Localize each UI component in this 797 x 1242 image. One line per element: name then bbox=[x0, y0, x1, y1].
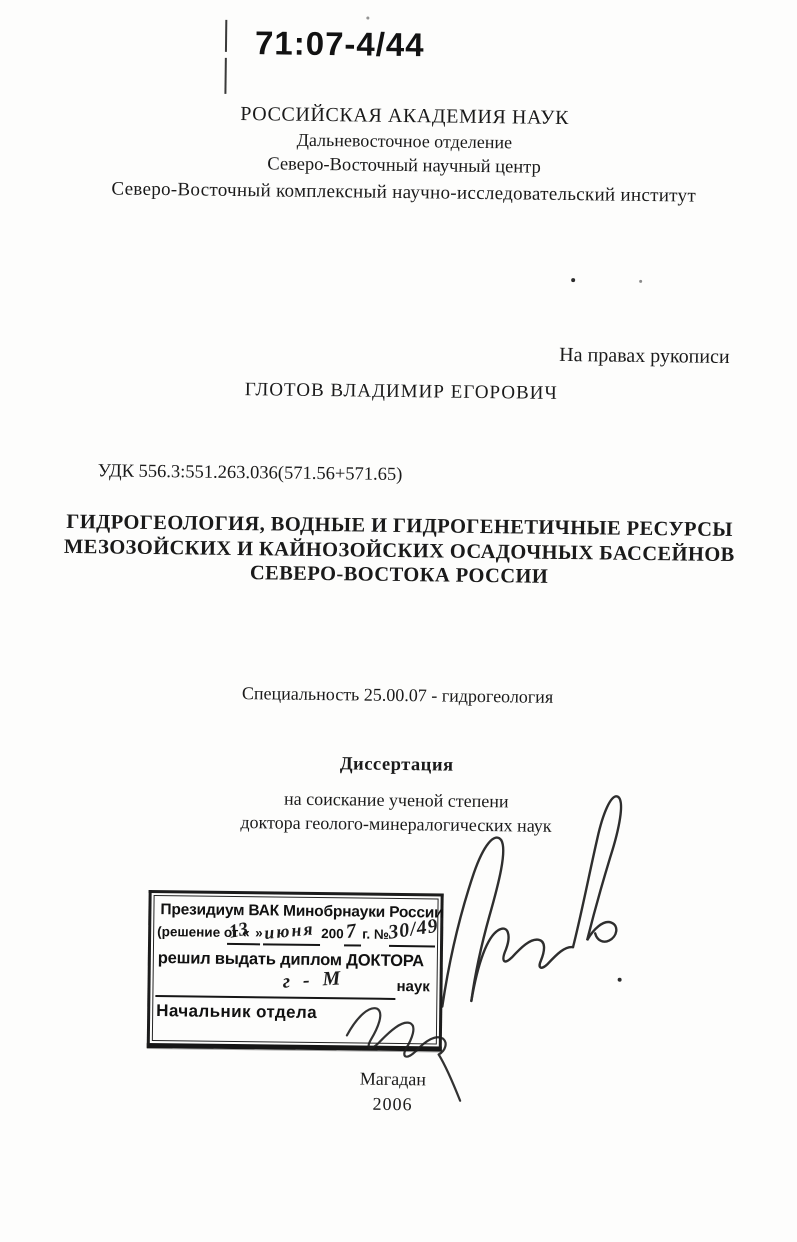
stamp-year-printed: 200 bbox=[321, 926, 344, 941]
scan-tilt-wrapper: 71:07-4/44 РОССИЙСКАЯ АКАДЕМИЯ НАУК Даль… bbox=[0, 0, 797, 1242]
org-line-institute: Северо-Восточный комплексный научно-иссл… bbox=[5, 177, 797, 209]
handwritten-year-digit: 7 bbox=[345, 920, 358, 944]
scan-speck bbox=[366, 17, 369, 20]
margin-mark-line bbox=[224, 58, 226, 94]
author-name: ГЛОТОВ ВЛАДИМИР ЕГОРОВИЧ bbox=[3, 376, 797, 408]
thesis-type-label: Диссертация bbox=[0, 750, 795, 781]
handwritten-month: июня bbox=[263, 918, 315, 944]
stamp-nauk-label: наук bbox=[396, 978, 429, 995]
publication-year: 2006 bbox=[0, 1089, 791, 1120]
stamp-month-blank-line bbox=[263, 943, 320, 946]
manuscript-rights-note: На правах рукописи bbox=[559, 344, 730, 369]
stamp-number-blank-line bbox=[389, 945, 435, 948]
org-line-center: Северо-Восточный научный центр bbox=[5, 151, 797, 182]
margin-mark-line bbox=[225, 20, 227, 52]
stamp-department-head-label: Начальник отдела bbox=[156, 1001, 317, 1023]
stamp-degree-blank-line bbox=[155, 995, 395, 1000]
dissertation-title: ГИДРОГЕОЛОГИЯ, ВОДНЫЕ И ГИДРОГЕНЕТИЧНЫЕ … bbox=[0, 509, 797, 592]
scan-speck bbox=[571, 278, 575, 282]
scan-speck bbox=[618, 978, 622, 982]
catalog-code: 71:07-4/44 bbox=[255, 24, 425, 64]
speciality-line: Специальность 25.00.07 - гидрогеология bbox=[0, 680, 796, 711]
scanned-title-page: 71:07-4/44 РОССИЙСКАЯ АКАДЕМИЯ НАУК Даль… bbox=[0, 0, 797, 1242]
handwritten-degree-abbrev: г - М bbox=[282, 967, 345, 994]
stamp-quote-close: » bbox=[255, 925, 263, 940]
stamp-year-blank-line bbox=[344, 944, 361, 946]
stamp-year-suffix: г. № bbox=[362, 927, 389, 942]
handwritten-day: 13 bbox=[227, 918, 250, 943]
vak-approval-stamp: Президиум ВАК Минобрнауки России (решени… bbox=[147, 890, 444, 1052]
stamp-resolution-line: решил выдать диплом ДОКТОРА bbox=[158, 949, 424, 971]
scan-speck bbox=[639, 280, 642, 283]
udc-code: УДК 556.3:551.263.036(571.56+571.65) bbox=[98, 461, 403, 486]
